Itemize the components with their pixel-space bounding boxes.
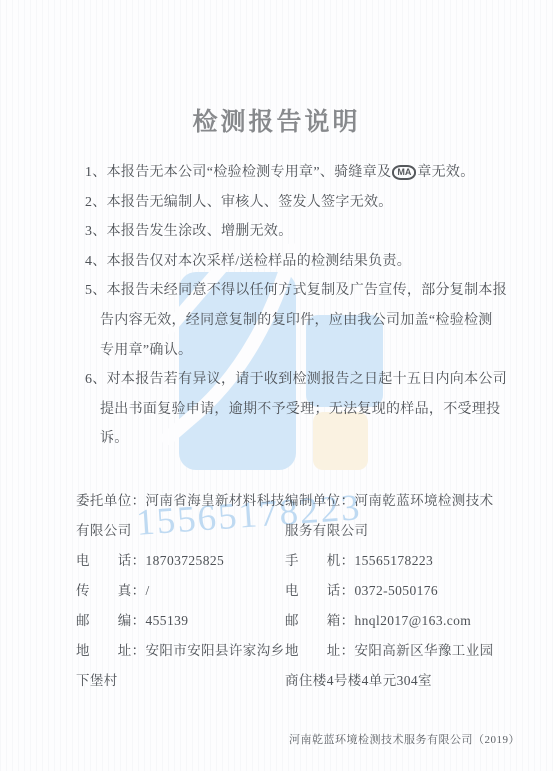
contact-value: 河南乾蓝环境检测技术	[355, 493, 494, 508]
note-line: 提出书面复验申请，逾期不予受理；无法复现的样品，不受理投	[85, 395, 511, 425]
contact-value: 安阳高新区华豫工业园	[355, 643, 494, 658]
contact-label: 手 机：	[285, 553, 355, 568]
contact-label: 地 址：	[285, 643, 355, 658]
note-item: 5、本报告未经同意不得以任何方式复制及广告宣传，部分复制本报 告内容无效，经同意…	[85, 276, 511, 365]
cma-seal-icon: MA	[392, 165, 416, 180]
contact-line: 委托单位：河南省海皇新材料科技	[76, 486, 285, 516]
contact-label: 编制单位：	[285, 493, 355, 508]
contact-value: 安阳市安阳县许家沟乡	[146, 643, 285, 658]
note-line: 专用章”确认。	[85, 336, 511, 366]
contact-line: 商住楼4号楼4单元304室	[285, 666, 534, 696]
contact-line: 邮 箱：hnql2017@163.com	[285, 606, 534, 636]
contact-line: 电 话：18703725825	[76, 546, 285, 576]
note-line: 诉。	[85, 424, 511, 454]
note-item: 4、本报告仅对本次采样/送检样品的检测结果负责。	[85, 247, 511, 277]
contact-label: 邮 箱：	[285, 613, 355, 628]
footer-company-note: 河南乾蓝环境检测技术服务有限公司（2019）	[289, 731, 520, 747]
note-item: 2、本报告无编制人、审核人、签发人签字无效。	[85, 188, 511, 218]
contact-line: 下堡村	[76, 666, 285, 696]
contact-section: 委托单位：河南省海皇新材料科技 有限公司 电 话：18703725825 传 真…	[76, 486, 534, 696]
note-line: 4、本报告仅对本次采样/送检样品的检测结果负责。	[85, 247, 511, 277]
contact-value: 服务有限公司	[285, 523, 368, 538]
contact-line: 有限公司	[76, 516, 285, 546]
contact-line: 地 址：安阳市安阳县许家沟乡	[76, 636, 285, 666]
contact-line: 服务有限公司	[285, 516, 534, 546]
lab-contact-column: 编制单位：河南乾蓝环境检测技术 服务有限公司 手 机：15565178223 电…	[285, 486, 534, 696]
note-line: 3、本报告发生涂改、增删无效。	[85, 217, 511, 247]
contact-value: 河南省海皇新材料科技	[146, 493, 285, 508]
contact-label: 电 话：	[76, 553, 146, 568]
contact-value: /	[146, 583, 150, 598]
contact-label: 委托单位：	[76, 493, 146, 508]
contact-line: 电 话：0372-5050176	[285, 576, 534, 606]
note-item: 6、对本报告若有异议，请于收到检测报告之日起十五日内向本公司 提出书面复验申请，…	[85, 365, 511, 454]
contact-value: 455139	[146, 613, 189, 628]
report-notes-page: 15565178223 检测报告说明 1、本报告无本公司“检验检测专用章”、骑缝…	[0, 0, 553, 771]
page-title: 检测报告说明	[0, 102, 553, 138]
note-line: 1、本报告无本公司“检验检测专用章”、骑缝章及MA章无效。	[85, 158, 511, 188]
contact-value: 0372-5050176	[355, 583, 439, 598]
contact-value: 下堡村	[76, 673, 118, 688]
contact-value: 商住楼4号楼4单元304室	[285, 673, 432, 688]
contact-line: 传 真：/	[76, 576, 285, 606]
notes-list: 1、本报告无本公司“检验检测专用章”、骑缝章及MA章无效。 2、本报告无编制人、…	[85, 158, 511, 454]
contact-line: 邮 编：455139	[76, 606, 285, 636]
contact-label: 邮 编：	[76, 613, 146, 628]
contact-label: 电 话：	[285, 583, 355, 598]
note-line: 2、本报告无编制人、审核人、签发人签字无效。	[85, 188, 511, 218]
contact-line: 地 址：安阳高新区华豫工业园	[285, 636, 534, 666]
note-line: 告内容无效，经同意复制的复印件，应由我公司加盖“检验检测	[85, 306, 511, 336]
note-text: 1、本报告无本公司“检验检测专用章”、骑缝章及	[85, 165, 391, 180]
note-line: 5、本报告未经同意不得以任何方式复制及广告宣传，部分复制本报	[85, 276, 511, 306]
contact-label: 传 真：	[76, 583, 146, 598]
contact-value: 18703725825	[146, 553, 225, 568]
note-line: 6、对本报告若有异议，请于收到检测报告之日起十五日内向本公司	[85, 365, 511, 395]
note-item: 3、本报告发生涂改、增删无效。	[85, 217, 511, 247]
client-contact-column: 委托单位：河南省海皇新材料科技 有限公司 电 话：18703725825 传 真…	[76, 486, 285, 696]
note-item: 1、本报告无本公司“检验检测专用章”、骑缝章及MA章无效。	[85, 158, 511, 188]
contact-value: 有限公司	[76, 523, 132, 538]
contact-line: 编制单位：河南乾蓝环境检测技术	[285, 486, 534, 516]
note-text: 章无效。	[417, 165, 474, 180]
contact-line: 手 机：15565178223	[285, 546, 534, 576]
contact-value: hnql2017@163.com	[355, 613, 472, 628]
contact-value: 15565178223	[355, 553, 434, 568]
contact-label: 地 址：	[76, 643, 146, 658]
